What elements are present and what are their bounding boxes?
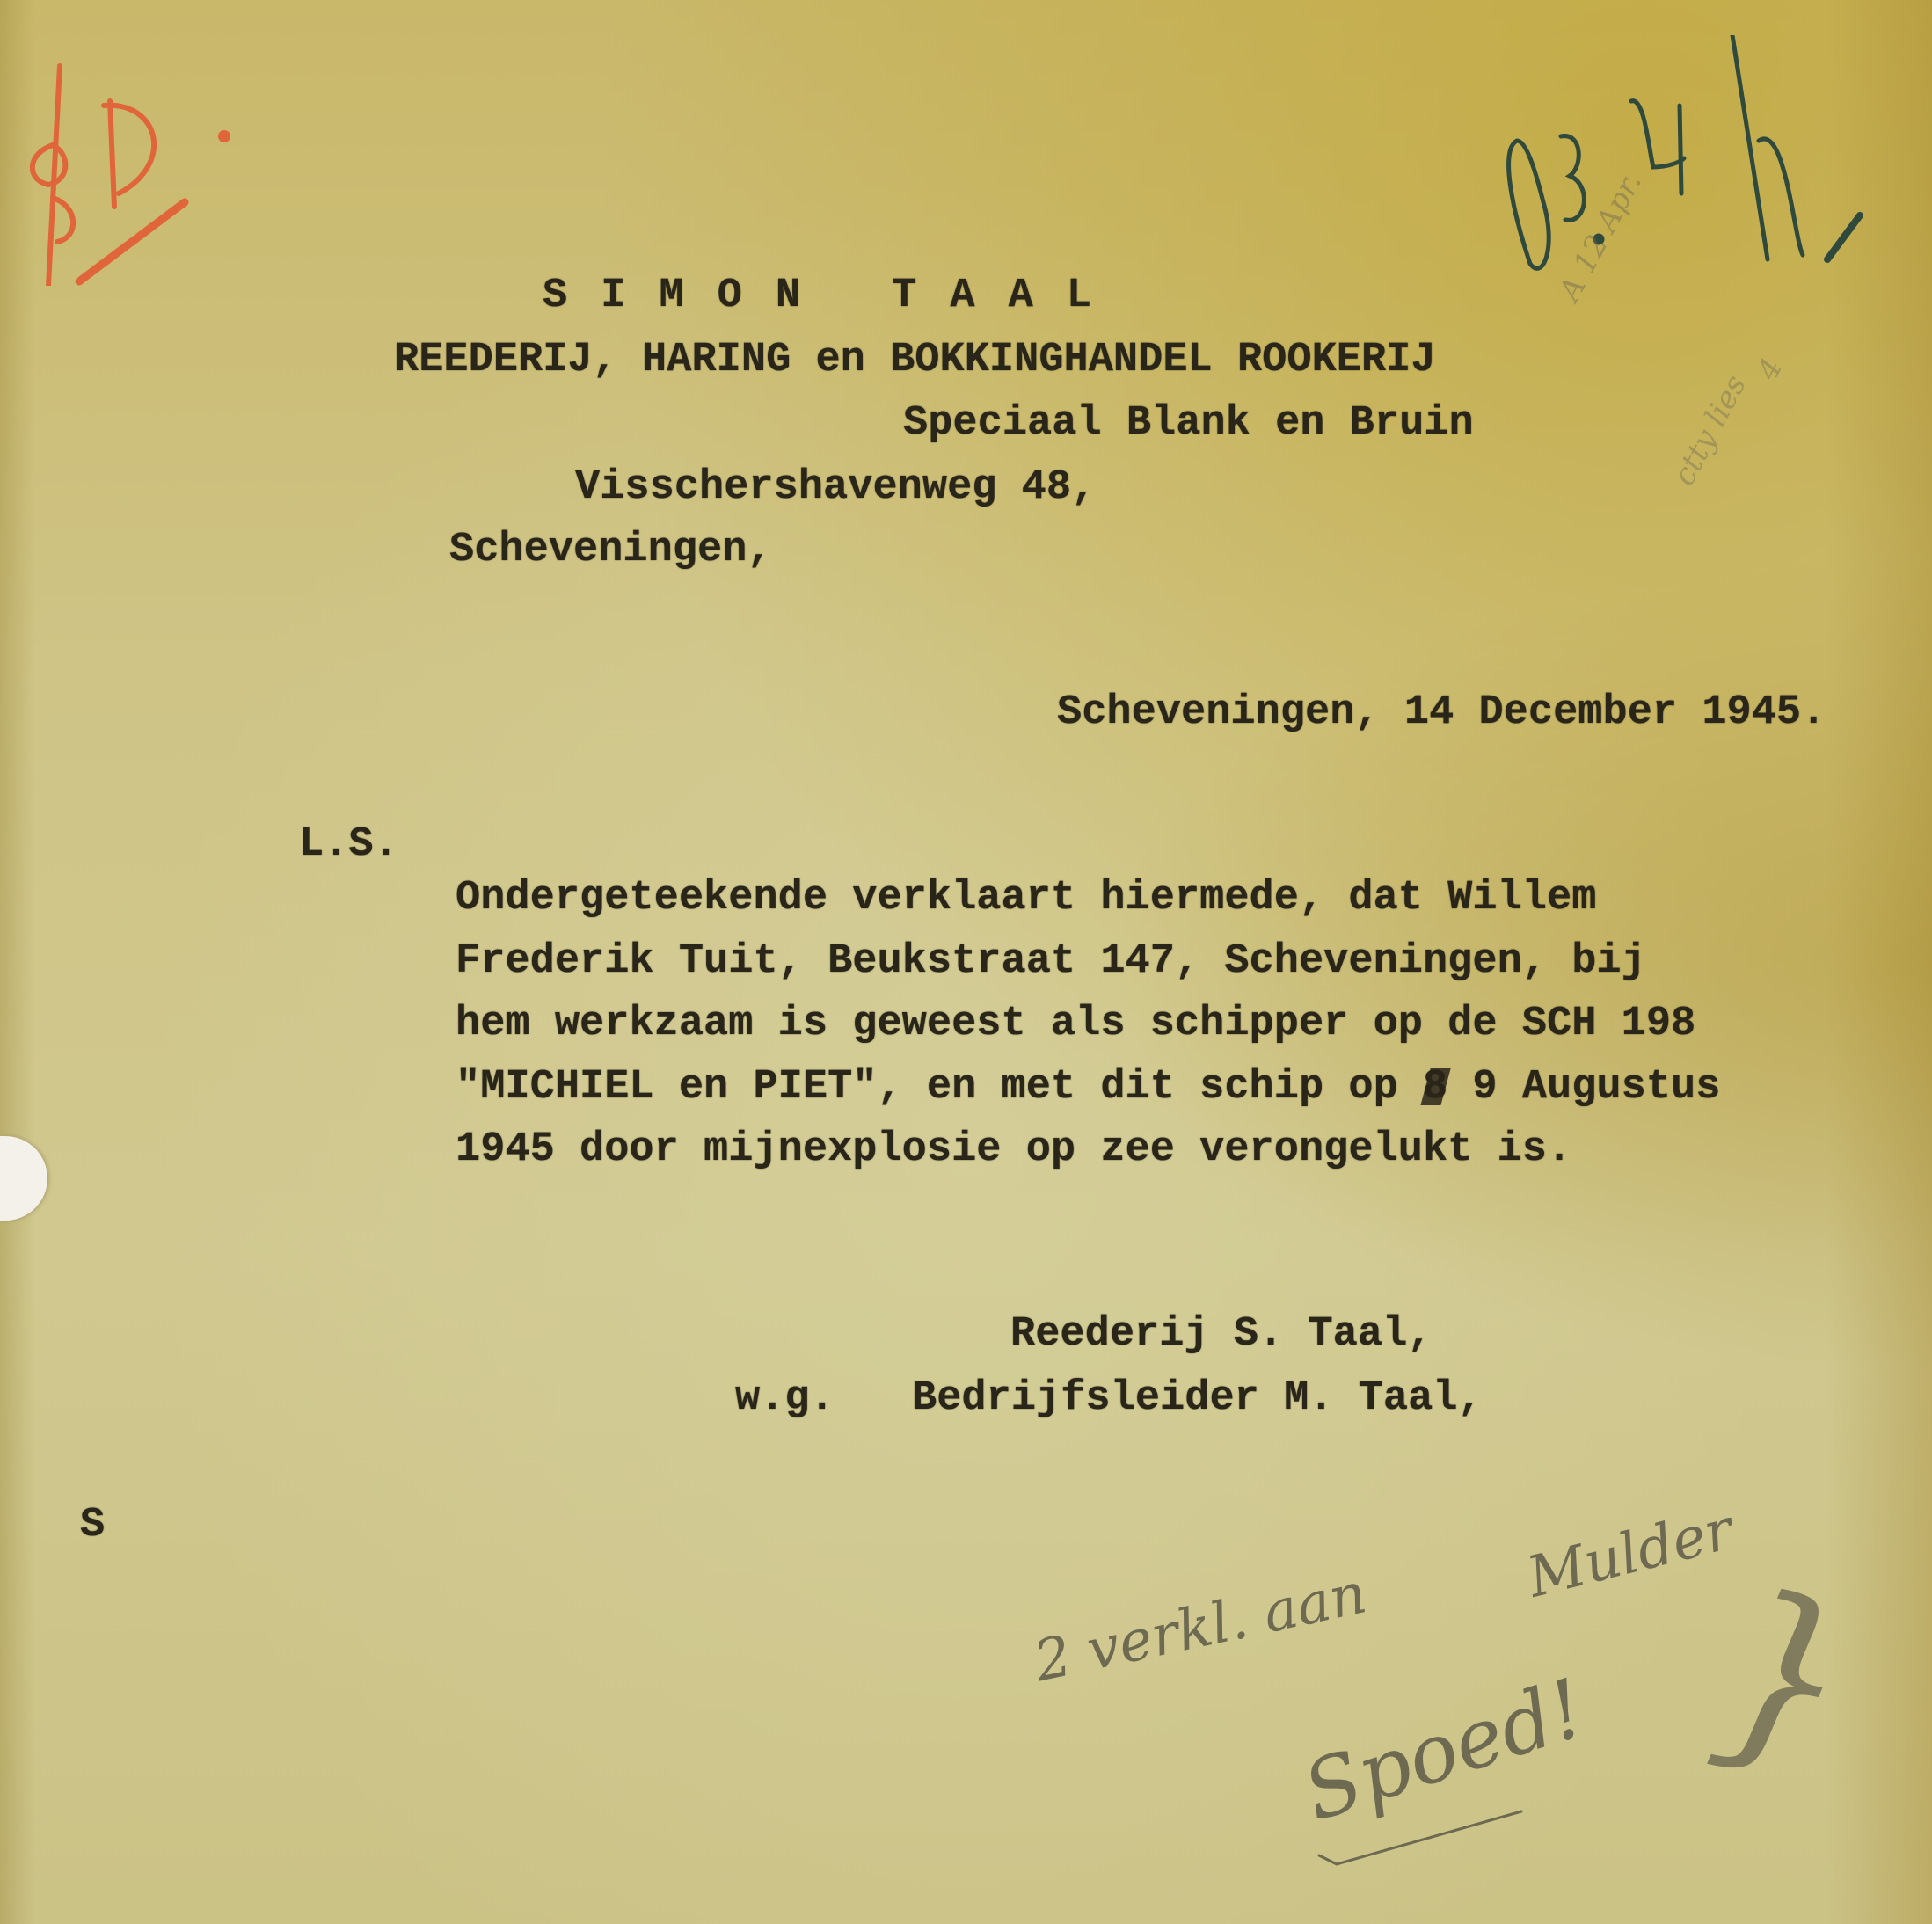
paper-shading-left [0, 0, 35, 1924]
salutation: L.S. [299, 824, 398, 865]
body-line-4: "MICHIEL en PIET", en met dit schip op 8… [456, 1067, 1720, 1108]
struck-out-character: 8 [1423, 1067, 1447, 1108]
letterhead-name: SIMON TAAL [543, 275, 1125, 317]
pencil-note-verkl: 2 verkl. aan [1029, 1561, 1372, 1694]
body-line-4-end: 9 Augustus [1447, 1064, 1720, 1111]
body-line-5: 1945 door mijnexplosie op zee verongeluk… [456, 1129, 1571, 1170]
signature-prefix: w.g. [735, 1378, 835, 1419]
body-line-1: Ondergeteekende verklaart hiermede, dat … [456, 878, 1596, 919]
date-line: Scheveningen, 14 December 1945. [1057, 692, 1826, 733]
body-line-3: hem werkzaam is geweest als schipper op … [456, 1003, 1695, 1045]
signature-company: Reederij S. Taal, [1010, 1314, 1432, 1355]
letterhead-business: REEDERIJ, HARING en BOKKINGHANDEL ROOKER… [394, 339, 1436, 381]
letterhead-specialty: Speciaal Blank en Bruin [903, 403, 1474, 444]
body-line-4-start: "MICHIEL en PIET", en met dit schip op [456, 1064, 1423, 1111]
punch-hole [0, 1136, 47, 1221]
pencil-note-mulder: Mulder [1521, 1498, 1739, 1611]
signature-signer: Bedrijfsleider M. Taal, [912, 1378, 1483, 1419]
faint-pencil-note-3: ctty lies [1666, 369, 1753, 492]
typist-mark: S [80, 1505, 105, 1546]
body-line-2: Frederik Tuit, Beukstraat 147, Schevenin… [456, 941, 1646, 982]
letterhead-street: Visschershavenweg 48, [575, 467, 1096, 508]
faint-pencil-note-2: 4 [1750, 353, 1790, 386]
letterhead-city: Scheveningen, [449, 529, 772, 571]
red-crayon-mark-icon [9, 48, 237, 286]
green-pencil-initials-icon [1495, 35, 1864, 299]
pencil-underline-arrow-icon [1301, 1803, 1530, 1873]
